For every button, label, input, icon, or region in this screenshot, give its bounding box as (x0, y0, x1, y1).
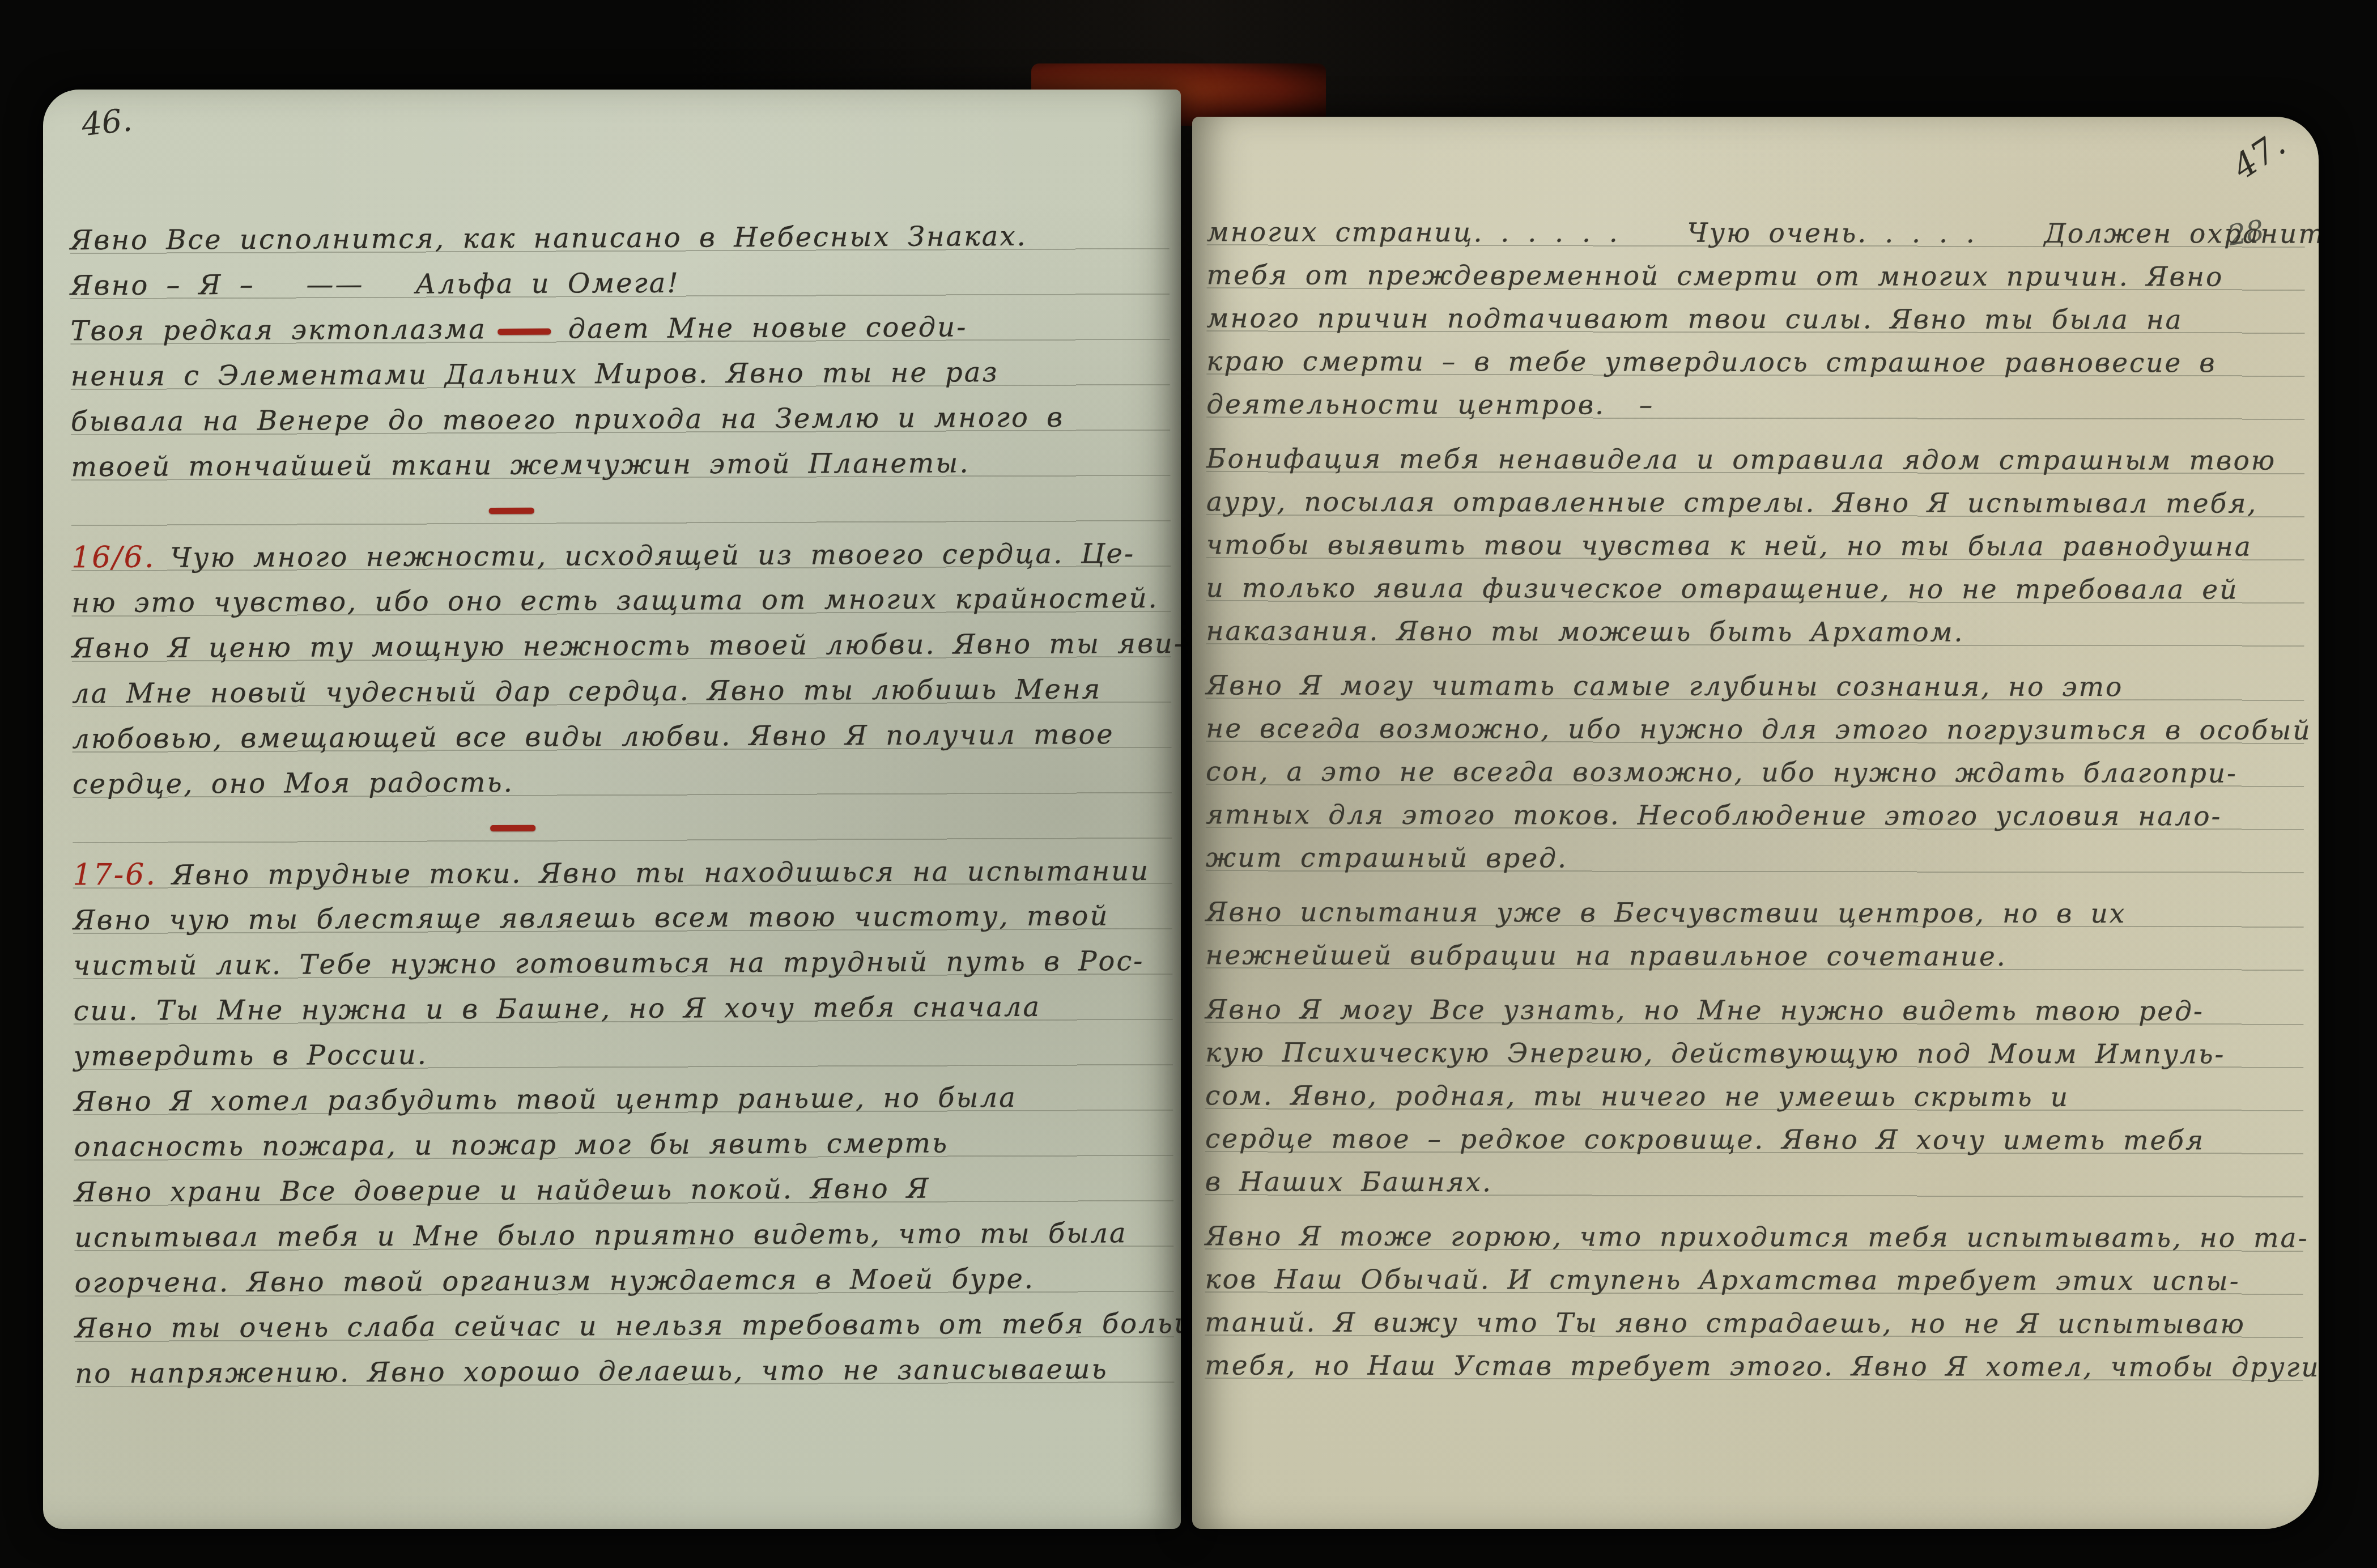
red-dash-mark (490, 825, 535, 831)
handwritten-line: ауру, посылая отравленные стрелы. Явно Я… (1206, 481, 2304, 525)
date-label: 16/6. (71, 540, 171, 575)
handwritten-line: сердце, оно Моя радость. (73, 757, 1172, 807)
handwritten-line: Явно Все исполнится, как написано в Небе… (70, 213, 1169, 263)
handwritten-line: наказания. Явно ты можешь быть Архатом. (1206, 610, 2304, 655)
page-number-left: 46. (80, 102, 134, 144)
handwritten-line: таний. Я вижу что Ты явно страдаешь, но … (1205, 1301, 2303, 1346)
handwritten-line: тебя от преждевременной смерти от многих… (1207, 254, 2305, 299)
notebook-scan: 46. Явно Все исполнится, как написано в … (0, 0, 2377, 1568)
handwritten-line: Явно ты очень слаба сейчас и нельзя треб… (75, 1301, 1174, 1351)
handwritten-line: 16/6.Чую много нежности, исходящей из тв… (71, 530, 1171, 580)
handwritten-line: краю смерти – в тебе утвердилось страшно… (1206, 340, 2304, 385)
handwritten-line: утвердить в России. (74, 1029, 1173, 1079)
section-separator (73, 802, 1172, 852)
page-number-right: 47. (2225, 124, 2292, 187)
handwritten-line: Явно испытания уже в Бесчувствии центров… (1206, 891, 2304, 936)
handwritten-line: ятных для этого токов. Несоблюдение этог… (1206, 793, 2304, 838)
handwritten-line: испытывал тебя и Мне было приятно видеть… (74, 1210, 1173, 1260)
handwritten-line: кую Психическую Энергию, действующую под… (1205, 1031, 2303, 1076)
handwritten-line: нежнейшей вибрации на правильное сочетан… (1205, 934, 2303, 979)
page-left: 46. Явно Все исполнится, как написано в … (43, 90, 1181, 1529)
handwritten-line: сии. Ты Мне нужна и в Башне, но Я хочу т… (73, 984, 1172, 1034)
page-right: 47. 28 многих страниц. . . . . . Чую оче… (1192, 117, 2319, 1529)
handwritten-line: в Наших Башнях. (1205, 1161, 2303, 1205)
handwritten-line: много причин подтачивают твои силы. Явно… (1206, 297, 2304, 342)
handwritten-line: Твоя редкая эктоплазмадает Мне новые сое… (70, 304, 1170, 354)
handwritten-line: Бонифация тебя ненавидела и отравила ядо… (1206, 437, 2304, 482)
handwritten-line: Явно Я тоже горюю, что приходится тебя и… (1205, 1215, 2303, 1260)
handwritten-line: не всегда возможно, ибо нужно для этого … (1206, 707, 2304, 752)
handwritten-line: Явно – Я – —— Альфа и Омега! (70, 258, 1170, 308)
handwritten-line: многих страниц. . . . . . Чую очень. . .… (1207, 211, 2305, 256)
handwritten-line: ла Мне новый чудесный дар сердца. Явно т… (72, 666, 1171, 716)
section-separator (71, 485, 1171, 535)
red-dash-mark (489, 508, 534, 514)
handwritten-line: Явно Я ценю ту мощную нежность твоей люб… (72, 621, 1171, 671)
handwritten-line: и только явила физическое отвращение, но… (1206, 567, 2304, 611)
handwritten-line: 17-6.Явно трудные токи. Явно ты находишь… (73, 848, 1172, 898)
handwritten-line: Явно храни Все доверие и найдешь покой. … (74, 1165, 1173, 1215)
handwritten-line: деятельности центров. – (1206, 383, 2304, 428)
handwritten-line: Явно чую ты блестяще являешь всем твою ч… (73, 893, 1172, 943)
handwritten-line: любовью, вмещающей все виды любви. Явно … (72, 712, 1171, 762)
date-label: 17-6. (73, 857, 172, 892)
handwritten-line: огорчена. Явно твой организм нуждается в… (74, 1256, 1173, 1306)
handwritten-line: Явно Я хотел разбудить твой центр раньше… (74, 1074, 1173, 1124)
handwritten-line: Явно Я могу читать самые глубины сознани… (1206, 664, 2304, 709)
handwritten-line: ков Наш Обычай. И ступень Архатства треб… (1205, 1258, 2303, 1303)
handwritten-line: по напряжению. Явно хорошо делаешь, что … (75, 1346, 1174, 1396)
handwritten-line: сердце твое – редкое сокровище. Явно Я х… (1205, 1117, 2303, 1162)
handwritten-line: сон, а это не всегда возможно, ибо нужно… (1206, 750, 2304, 795)
handwritten-line: ню это чувство, ибо оно есть защита от м… (71, 576, 1171, 626)
handwritten-line: опасность пожара, и пожар мог бы явить с… (74, 1120, 1173, 1170)
red-dash-mark (498, 329, 551, 335)
handwritten-line: жит страшный вред. (1206, 836, 2304, 881)
handwritten-line: твоей тончайшей ткани жемчужин этой План… (71, 440, 1170, 490)
left-text-block: Явно Все исполнится, как написано в Небе… (70, 213, 1174, 1396)
handwritten-line: тебя, но Наш Устав требует этого. Явно Я… (1205, 1344, 2303, 1389)
right-text-block: многих страниц. . . . . . Чую очень. . .… (1205, 211, 2305, 1389)
handwritten-line: нения с Элементами Дальних Миров. Явно т… (71, 349, 1170, 399)
handwritten-line: чистый лик. Тебе нужно готовиться на тру… (73, 938, 1172, 988)
handwritten-line: сом. Явно, родная, ты ничего не умеешь с… (1205, 1074, 2303, 1119)
handwritten-line: чтобы выявить твои чувства к ней, но ты … (1206, 524, 2304, 568)
handwritten-line: бывала на Венере до твоего прихода на Зе… (71, 394, 1170, 444)
handwritten-line: Явно Я могу Все узнать, но Мне нужно вид… (1205, 988, 2303, 1033)
